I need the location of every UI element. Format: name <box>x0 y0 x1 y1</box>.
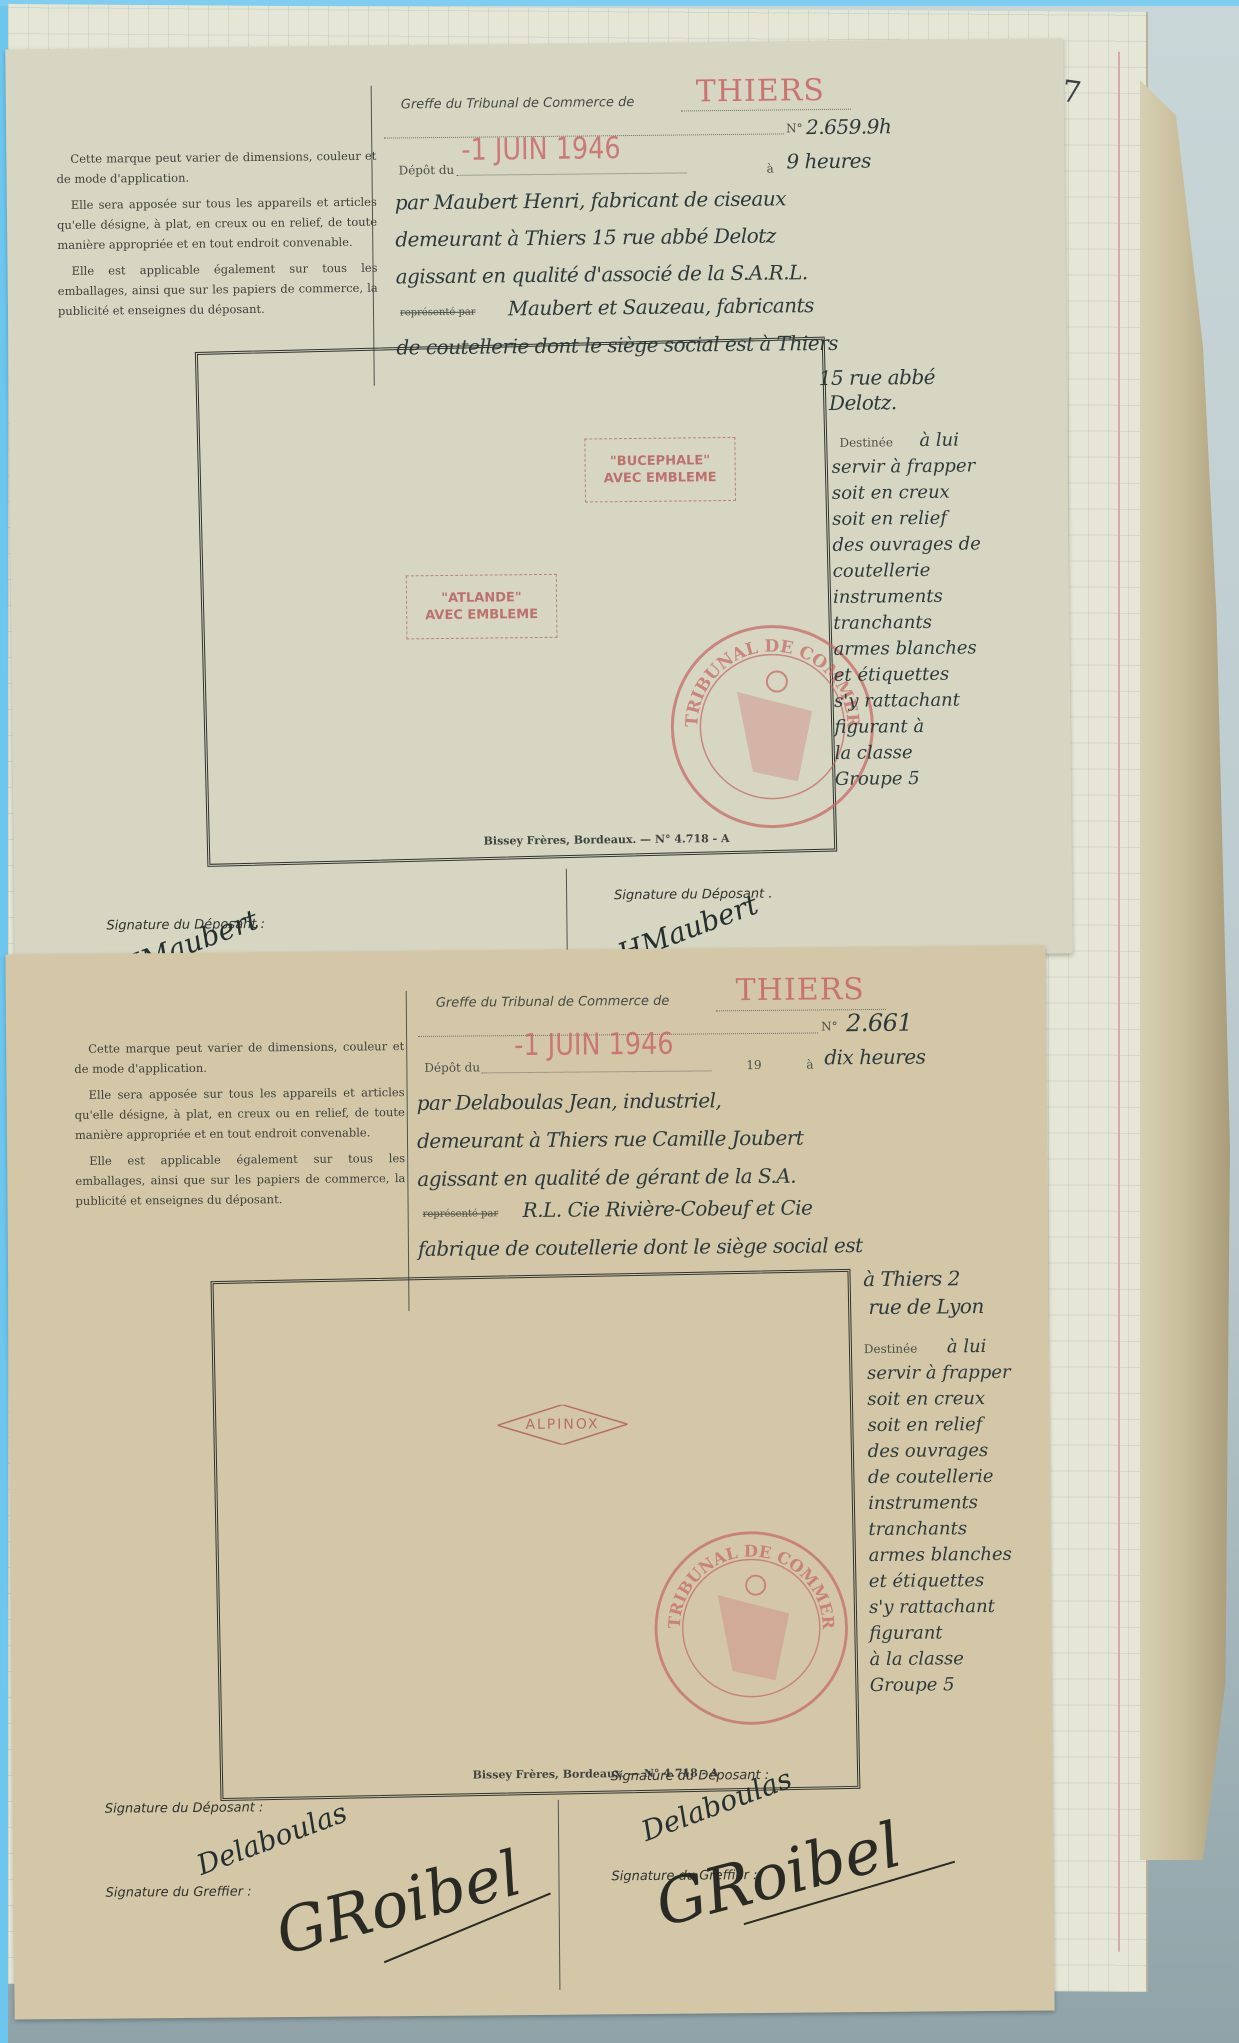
handwritten-line: Delotz. <box>829 390 897 415</box>
mark-name: "ATLANDE" <box>425 589 538 607</box>
dotted-line <box>481 1070 711 1073</box>
application-notice: Cette marque peut varier de dimensions, … <box>56 146 378 327</box>
mark-name: "BUCEPHALE" <box>603 452 716 470</box>
column-divider <box>558 1800 561 1990</box>
signature-greffier: GRoibel <box>268 1836 528 1969</box>
ledger-margin-line <box>1118 52 1120 1952</box>
city-stamp: THIERS <box>736 972 865 1008</box>
greffe-label: Greffe du Tribunal de Commerce de <box>436 994 670 1011</box>
ledger-page-stack <box>1140 80 1230 1860</box>
notice-paragraph: Cette marque peut varier de dimensions, … <box>74 1036 404 1079</box>
depot-label: Dépôt du <box>424 1060 480 1074</box>
city-stamp: THIERS <box>696 73 825 109</box>
notice-paragraph: Elle est applicable également sur tous l… <box>75 1148 406 1211</box>
handwritten-line: par Maubert Henri, fabricant de ciseaux <box>395 186 786 214</box>
deposit-form-2: Cette marque peut varier de dimensions, … <box>5 945 1054 2019</box>
notice-paragraph: Elle sera apposée sur tous les appareils… <box>75 1082 406 1145</box>
represented-label: représenté par <box>400 307 476 319</box>
represented-label: représenté par <box>423 1208 499 1220</box>
registration-number: 2.659.9h <box>806 114 891 139</box>
trademark-stamp-atlande: "ATLANDE" AVEC EMBLEME <box>406 574 558 640</box>
notice-paragraph: Elle est applicable également sur tous l… <box>57 258 378 321</box>
tribunal-seal: TRIBUNAL DE COMMERCE DE THIERS <box>650 1527 852 1729</box>
registration-number: 2.661 <box>846 1009 912 1038</box>
printer-imprint: Bissey Frères, Bordeaux. — N° 4.718 - A <box>483 832 729 848</box>
column-divider <box>406 991 410 1311</box>
number-label: N° <box>786 121 803 135</box>
signature-deposant-label: Signature du Déposant : <box>105 1800 264 1816</box>
handwritten-line: fabrique de coutellerie dont le siège so… <box>418 1233 863 1261</box>
trademark-stamp-bucephale: "BUCEPHALE" AVEC EMBLEME <box>584 437 736 503</box>
number-label: N° <box>821 1019 838 1033</box>
deposit-form-1: Cette marque peut varier de dimensions, … <box>5 38 1073 964</box>
depot-label: Dépôt du <box>398 163 454 178</box>
column-divider <box>566 869 568 959</box>
handwritten-line: par Delaboulas Jean, industriel, <box>417 1088 722 1115</box>
year-prefix: 19 <box>746 1058 761 1072</box>
handwritten-line: R.L. Cie Rivière-Cobeuf et Cie <box>523 1196 813 1223</box>
hour-label: à <box>806 1058 813 1072</box>
date-stamp: -1 JUIN 1946 <box>514 1027 674 1063</box>
trademark-alpinox: ALPINOX <box>497 1404 627 1445</box>
notice-paragraph: Elle sera apposée sur tous les appareils… <box>57 192 378 255</box>
handwritten-line: agissant en qualité d'associé de la S.A.… <box>396 260 808 288</box>
handwritten-line: demeurant à Thiers 15 rue abbé Delotz <box>395 224 776 252</box>
mark-subtitle: AVEC EMBLEME <box>425 606 538 624</box>
deposit-hour: 9 heures <box>786 149 871 174</box>
handwritten-line: à Thiers 2 <box>863 1266 960 1291</box>
mark-subtitle: AVEC EMBLEME <box>604 469 717 487</box>
destinee-text: à lui servir à frapper soit en creux soi… <box>867 1333 1060 1699</box>
date-stamp: -1 JUIN 1946 <box>461 131 621 168</box>
handwritten-line: demeurant à Thiers rue Camille Joubert <box>417 1126 804 1153</box>
application-notice: Cette marque peut varier de dimensions, … <box>74 1036 406 1217</box>
handwritten-line: agissant en qualité de gérant de la S.A. <box>417 1164 796 1191</box>
handwritten-line: Maubert et Sauzeau, fabricants <box>508 293 814 320</box>
hour-label: à <box>766 162 773 176</box>
handwritten-line: 15 rue abbé <box>819 365 936 390</box>
deposit-hour: dix heures <box>824 1045 925 1070</box>
handwritten-line: rue de Lyon <box>868 1294 983 1319</box>
mark-name: ALPINOX <box>525 1416 599 1433</box>
greffe-label: Greffe du Tribunal de Commerce de <box>401 95 635 112</box>
dotted-line <box>457 172 687 175</box>
signature-greffier-label: Signature du Greffier : <box>106 1884 252 1900</box>
destinee-text: à lui servir à frapper soit en creux soi… <box>831 427 1035 793</box>
notice-paragraph: Cette marque peut varier de dimensions, … <box>56 146 376 189</box>
